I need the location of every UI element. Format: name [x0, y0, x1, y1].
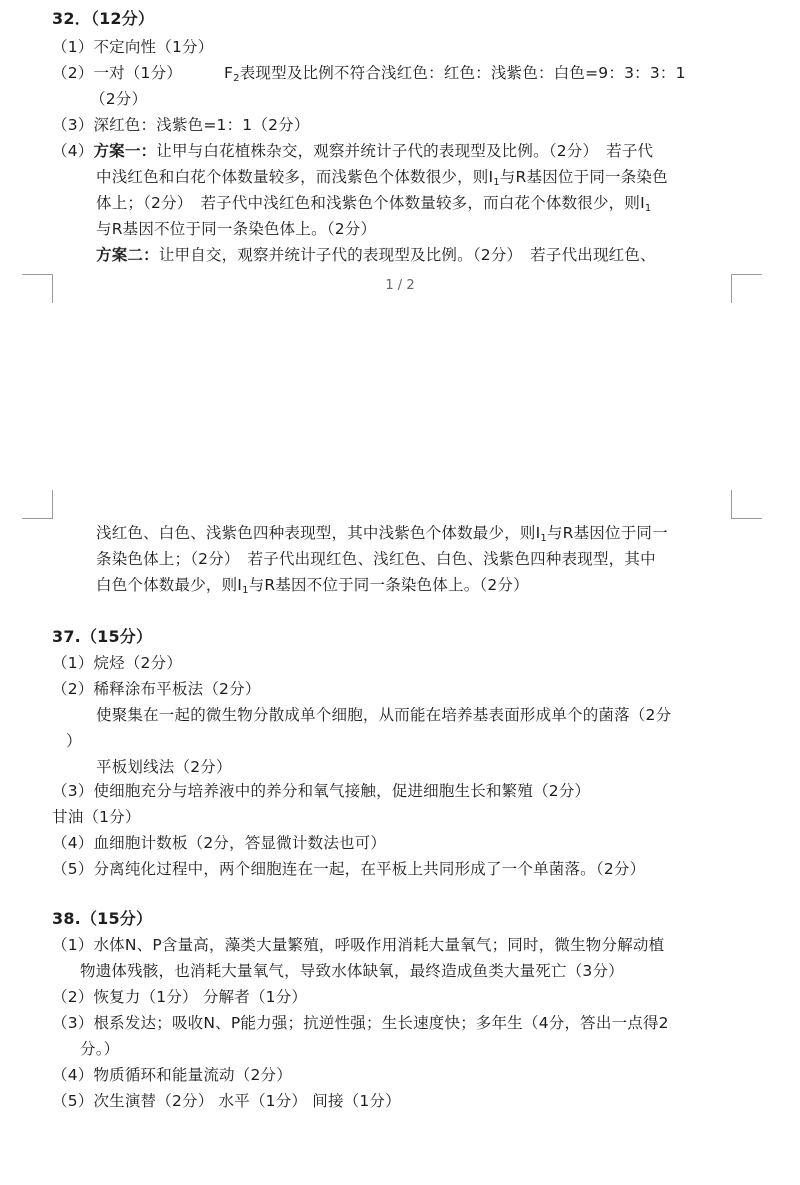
q37-title: 37.（15分）	[52, 626, 152, 648]
plan-two-label: 方案二：	[96, 246, 159, 264]
q37-part1: （1）烷烃（2分）	[52, 652, 182, 674]
q37-part3: （3）使细胞充分与培养液中的养分和氧气接触，促进细胞生长和繁殖（2分）	[52, 780, 590, 802]
q38-part3-line2: 分。）	[80, 1038, 119, 1060]
q37-part2-line4: 平板划线法（2分）	[96, 756, 232, 778]
q32-part4-line6: 浅红色、白色、浅紫色四种表现型，其中浅紫色个体数最少，则I1与R基因位于同一	[96, 522, 668, 544]
page-indicator: 1 / 2	[0, 278, 800, 293]
q32-part2-score: （2分）	[90, 88, 147, 110]
q32-part4-line7: 条染色体上；（2分） 若子代出现红色、浅红色、白色、浅紫色四种表现型，其中	[96, 548, 656, 570]
q38-part2: （2）恢复力（1分） 分解者（1分）	[52, 986, 307, 1008]
q38-title: 38.（15分）	[52, 908, 152, 930]
q38-part4: （4）物质循环和能量流动（2分）	[52, 1064, 292, 1086]
q32-part4-line2: 中浅红色和白花个体数量较多，而浅紫色个体数很少，则I1与R基因位于同一条染色	[96, 166, 668, 188]
q32-part2: （2）一对（1分）F2表现型及比例不符合浅红色：红色：浅紫色：白色=9：3：3：…	[52, 62, 686, 84]
q32-part4-line3: 体上；（2分） 若子代中浅红色和浅紫色个体数量较多，而白花个体数很少，则I1	[96, 192, 651, 214]
q37-part5: （5）分离纯化过程中，两个细胞连在一起，在平板上共同形成了一个单菌落。（2分）	[52, 858, 645, 880]
q32-part4-line5: 方案二：让甲自交，观察并统计子代的表现型及比例。（2分） 若子代出现红色、	[96, 244, 656, 266]
q37-part4: （4）血细胞计数板（2分，答显微计数法也可）	[52, 832, 386, 854]
plan-one-label: 方案一：	[93, 142, 156, 160]
q32-part1: （1）不定向性（1分）	[52, 36, 213, 58]
crop-mark-bottom-left	[22, 490, 53, 519]
q37-part2-line2: 使聚集在一起的微生物分散成单个细胞，从而能在培养基表面形成单个的菌落（2分	[96, 704, 671, 726]
q38-part5: （5）次生演替（2分） 水平（1分） 间接（1分）	[52, 1090, 401, 1112]
q32-part4-line4: 与R基因不位于同一条染色体上。（2分）	[96, 218, 376, 240]
q32-part4-line1: （4）方案一：让甲与白花植株杂交，观察并统计子代的表现型及比例。（2分） 若子代	[52, 140, 653, 162]
q37-part3-line2: 甘油（1分）	[52, 806, 141, 828]
q37-part2: （2）稀释涂布平板法（2分）	[52, 678, 261, 700]
crop-mark-bottom-right	[731, 490, 762, 519]
q32-part2-answer: （2）一对（1分）	[52, 64, 182, 82]
q32-part3: （3）深红色：浅紫色=1：1（2分）	[52, 114, 310, 136]
q38-part1: （1）水体N、P含量高，藻类大量繁殖，呼吸作用消耗大量氧气；同时，微生物分解动植	[52, 934, 664, 956]
q32-part4-line8: 白色个体数最少，则I1与R基因不位于同一条染色体上。（2分）	[96, 574, 529, 596]
q32-title: 32．（12分）	[52, 8, 154, 30]
q38-part3: （3）根系发达；吸收N、P能力强；抗逆性强；生长速度快；多年生（4分，答出一点得…	[52, 1012, 669, 1034]
q32-part2-f2: F	[224, 64, 233, 82]
q37-part2-line3: ）	[66, 730, 82, 752]
q38-part1-line2: 物遗体残骸，也消耗大量氧气，导致水体缺氧，最终造成鱼类大量死亡（3分）	[80, 960, 624, 982]
